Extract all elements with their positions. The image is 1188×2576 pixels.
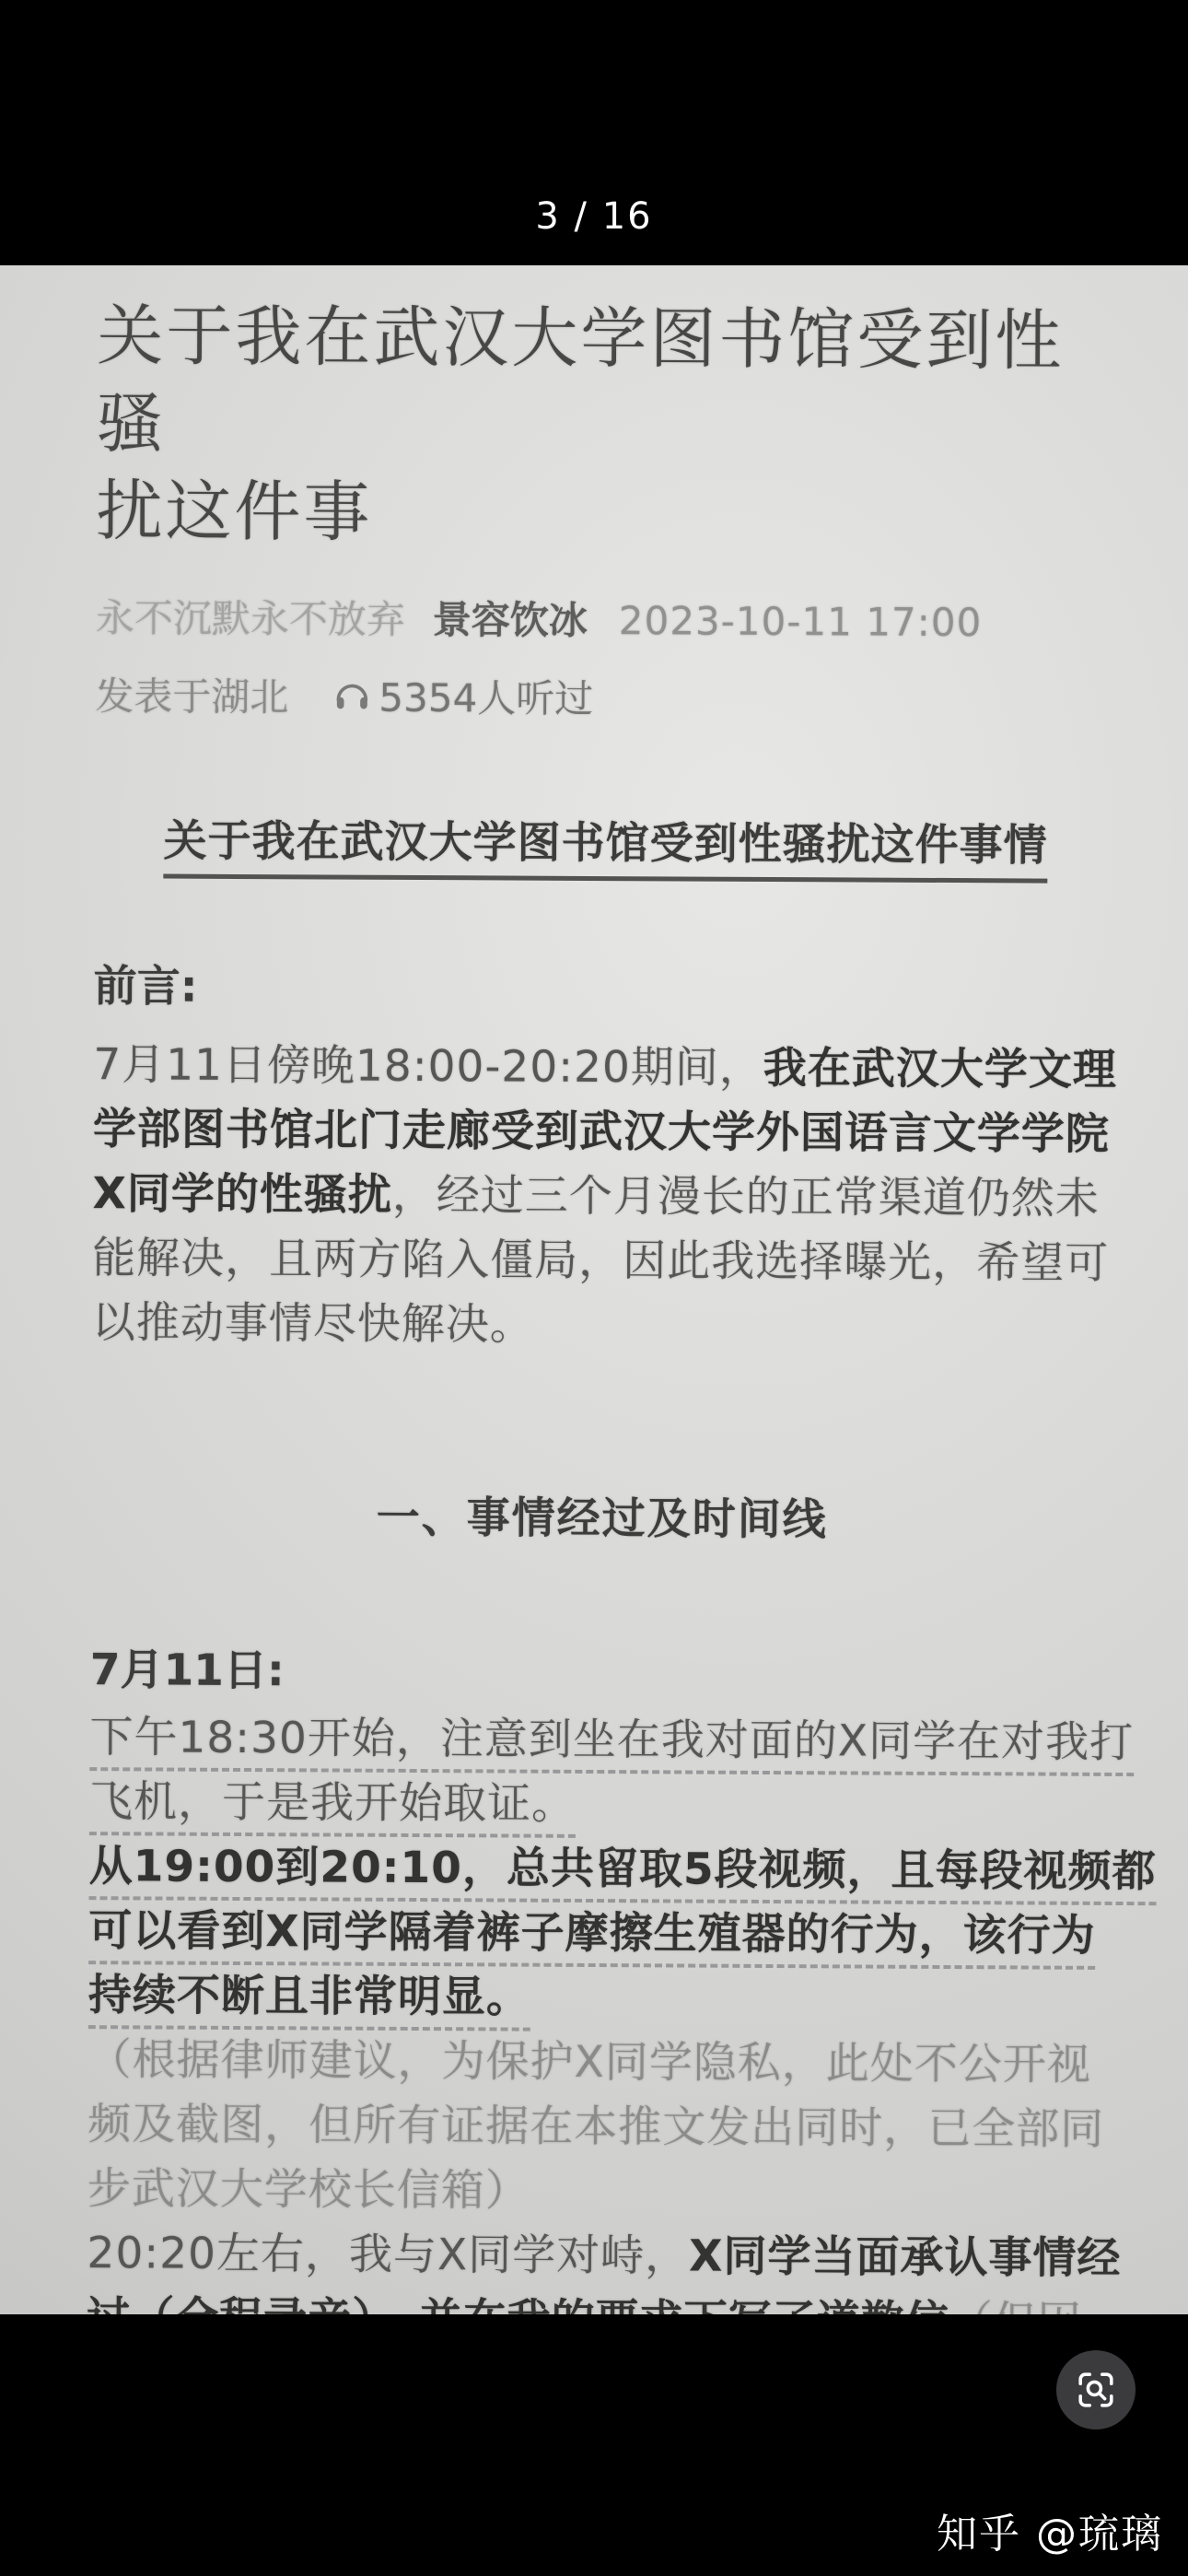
doc-line: 学部图书馆北门走廊受到武汉大学外国语言文学学院 bbox=[93, 1097, 1115, 1167]
doc-text-segment: 过（全程录音），并在我的要求下写了道歉信 bbox=[87, 2292, 949, 2314]
image-search-icon bbox=[1074, 2368, 1118, 2412]
doc-text-segment: 步武汉大学校长信箱） bbox=[87, 2163, 530, 2217]
doc-line-dashed-underline: 持续不断且非常明显。 bbox=[88, 1970, 530, 2032]
doc-line-text: （根据律师建议，为保护X同学隐私，此处不公开视 bbox=[87, 2034, 1090, 2090]
listen-count-text: 5354人听过 bbox=[379, 675, 593, 721]
doc-text-segment: 可以看到X同学隔着裤子摩擦生殖器的行为，该行为 bbox=[88, 1905, 1096, 1961]
image-search-button[interactable] bbox=[1056, 2350, 1136, 2430]
document-title-underlined: 关于我在武汉大学图书馆受到性骚扰这件事情 bbox=[163, 819, 1047, 884]
doc-line: 以推动事情尽快解决。 bbox=[92, 1291, 1114, 1361]
doc-text-segment: 能解决，且两方陷入僵局，因此我选择曝光，希望可 bbox=[92, 1233, 1109, 1289]
doc-line: 能解决，且两方陷入僵局，因此我选择曝光，希望可 bbox=[92, 1226, 1114, 1296]
listen-count: 5354人听过 bbox=[331, 674, 593, 720]
doc-line: 从19:00到20:10，总共留取5段视频，且每段视频都 bbox=[89, 1834, 1112, 1904]
date-heading: 7月11日: bbox=[90, 1643, 1112, 1704]
doc-line-text: 学部图书馆北门走廊受到武汉大学外国语言文学学院 bbox=[93, 1104, 1110, 1160]
doc-line: 步武汉大学校长信箱） bbox=[87, 2157, 1110, 2227]
doc-line: 持续不断且非常明显。 bbox=[88, 1963, 1111, 2033]
post-location: 发表于湖北 bbox=[95, 673, 288, 720]
doc-text-segment: （根据律师建议，为保护X同学隐私，此处不公开视 bbox=[87, 2034, 1090, 2090]
doc-line: 可以看到X同学隔着裤子摩擦生殖器的行为，该行为 bbox=[88, 1899, 1111, 1969]
post-meta-row-2: 发表于湖北5354人听过 bbox=[95, 673, 1117, 726]
post-meta-row: 永不沉默永不放弃景容饮冰2023-10-11 17:00 bbox=[96, 594, 1118, 648]
center-heading: 一、事情经过及时间线 bbox=[91, 1489, 1113, 1550]
doc-line: 下午18:30开始，注意到坐在我对面的X同学在对我打 bbox=[89, 1705, 1112, 1775]
post-title: 关于我在武汉大学图书馆受到性骚 扰这件事 bbox=[96, 292, 1119, 560]
document-body: 关于我在武汉大学图书馆受到性骚扰这件事情前言:7月11日傍晚18:00-20:2… bbox=[87, 815, 1117, 2314]
doc-text-segment: 下午18:30开始，注意到坐在我对面的X同学在对我打 bbox=[89, 1712, 1134, 1768]
doc-text-segment: （但因 bbox=[949, 2297, 1081, 2314]
doc-text-segment: X同学的性骚扰 bbox=[92, 1168, 392, 1221]
post-title-line: 关于我在武汉大学图书馆受到性骚 bbox=[97, 292, 1120, 473]
post-author: 景容饮冰 bbox=[433, 597, 588, 643]
doc-text-segment: 飞机，于是我开始取证。 bbox=[89, 1776, 576, 1830]
doc-line-text: 步武汉大学校长信箱） bbox=[87, 2163, 530, 2217]
preface-heading: 前言: bbox=[94, 959, 1116, 1020]
doc-text-segment: 以推动事情尽快解决。 bbox=[92, 1297, 534, 1351]
doc-line-text: 20:20左右，我与X同学对峙，X同学当面承认事情经 bbox=[87, 2228, 1121, 2284]
headphones-icon bbox=[331, 674, 373, 717]
doc-text-segment: 20:20左右，我与X同学对峙， bbox=[87, 2228, 689, 2281]
post-datetime: 2023-10-11 17:00 bbox=[619, 598, 983, 645]
doc-text-segment: 我在武汉大学文理 bbox=[763, 1043, 1117, 1095]
post-slogan: 永不沉默永不放弃 bbox=[96, 595, 405, 642]
doc-text-segment: 7月11日傍晚18:00-20:20期间， bbox=[93, 1039, 763, 1094]
post-title-line: 扰这件事 bbox=[96, 467, 1118, 560]
doc-line-dashed-underline: 可以看到X同学隔着裤子摩擦生殖器的行为，该行为 bbox=[88, 1905, 1096, 1970]
doc-line: 过（全程录音），并在我的要求下写了道歉信（但因 bbox=[87, 2286, 1109, 2314]
doc-line-text: 频及截图，但所有证据在本推文发出同时，已全部同 bbox=[87, 2099, 1104, 2155]
doc-text-segment: X同学当面承认事情经 bbox=[689, 2231, 1122, 2284]
photo-image[interactable]: 关于我在武汉大学图书馆受到性骚 扰这件事 永不沉默永不放弃景容饮冰2023-10… bbox=[0, 265, 1188, 2314]
doc-line: X同学的性骚扰，经过三个月漫长的正常渠道仍然未 bbox=[92, 1162, 1114, 1232]
doc-line-dashed-underline: 从19:00到20:10，总共留取5段视频，且每段视频都 bbox=[89, 1841, 1157, 1905]
doc-line-text: X同学的性骚扰，经过三个月漫长的正常渠道仍然未 bbox=[92, 1168, 1100, 1224]
doc-line: 7月11日傍晚18:00-20:20期间，我在武汉大学文理 bbox=[93, 1033, 1115, 1103]
doc-text-segment: 持续不断且非常明显。 bbox=[88, 1970, 530, 2023]
doc-line-text: 过（全程录音），并在我的要求下写了道歉信（但因 bbox=[87, 2292, 1082, 2314]
doc-line: 飞机，于是我开始取证。 bbox=[89, 1770, 1112, 1840]
doc-line-text: 以推动事情尽快解决。 bbox=[92, 1297, 534, 1351]
doc-line: 20:20左右，我与X同学对峙，X同学当面承认事情经 bbox=[87, 2221, 1109, 2291]
doc-line-text: 7月11日傍晚18:00-20:20期间，我在武汉大学文理 bbox=[93, 1039, 1117, 1095]
doc-text-segment: 频及截图，但所有证据在本推文发出同时，已全部同 bbox=[87, 2099, 1104, 2155]
doc-text-segment: 学部图书馆北门走廊受到武汉大学外国语言文学学院 bbox=[93, 1104, 1110, 1160]
page-indicator: 3 / 16 bbox=[0, 195, 1188, 238]
doc-line-dashed-underline: 飞机，于是我开始取证。 bbox=[89, 1776, 576, 1838]
doc-line: （根据律师建议，为保护X同学隐私，此处不公开视 bbox=[87, 2028, 1110, 2098]
doc-line-text: 能解决，且两方陷入僵局，因此我选择曝光，希望可 bbox=[92, 1233, 1109, 1289]
doc-title: 关于我在武汉大学图书馆受到性骚扰这件事情 bbox=[94, 815, 1116, 884]
doc-line: 频及截图，但所有证据在本推文发出同时，已全部同 bbox=[87, 2092, 1110, 2162]
paper-document: 关于我在武汉大学图书馆受到性骚 扰这件事 永不沉默永不放弃景容饮冰2023-10… bbox=[0, 265, 1188, 2314]
watermark: 知乎 @琉璃 bbox=[937, 2500, 1163, 2559]
doc-text-segment: 从19:00到20:10，总共留取5段视频，且每段视频都 bbox=[89, 1841, 1157, 1897]
doc-line-dashed-underline: 下午18:30开始，注意到坐在我对面的X同学在对我打 bbox=[89, 1712, 1134, 1776]
doc-text-segment: ，经过三个月漫长的正常渠道仍然未 bbox=[392, 1170, 1100, 1224]
